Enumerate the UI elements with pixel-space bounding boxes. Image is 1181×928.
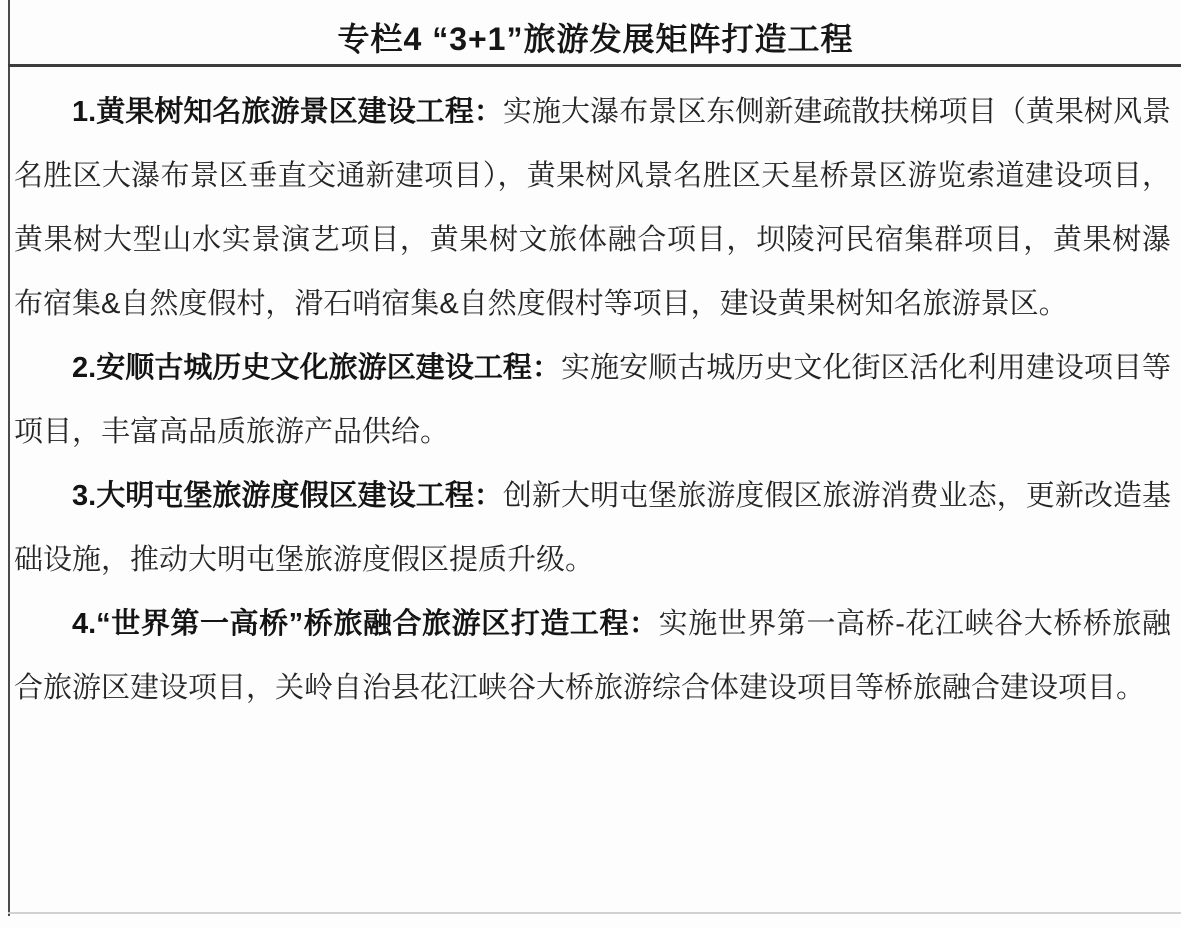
- table-left-border: [8, 0, 10, 916]
- paragraph-2: 2.安顺古城历史文化旅游区建设工程：实施安顺古城历史文化街区活化利用建设项目等项…: [14, 336, 1171, 464]
- paragraph-4: 4.“世界第一高桥”桥旅融合旅游区打造工程：实施世界第一高桥-花江峡谷大桥桥旅融…: [14, 592, 1171, 720]
- paragraph-3: 3.大明屯堡旅游度假区建设工程：创新大明屯堡旅游度假区旅游消费业态，更新改造基础…: [14, 464, 1171, 592]
- paragraph-1-lead: 1.黄果树知名旅游景区建设工程：: [72, 96, 503, 128]
- paragraph-4-lead: 4.“世界第一高桥”桥旅融合旅游区打造工程：: [72, 608, 659, 640]
- bottom-divider: [8, 912, 1181, 914]
- title-divider: [8, 64, 1181, 67]
- document-page: 专栏4 “3+1”旅游发展矩阵打造工程 1.黄果树知名旅游景区建设工程：实施大瀑…: [0, 0, 1181, 928]
- paragraph-1-text: 实施大瀑布景区东侧新建疏散扶梯项目（黄果树风景名胜区大瀑布景区垂直交通新建项目）…: [14, 96, 1171, 320]
- paragraph-2-lead: 2.安顺古城历史文化旅游区建设工程：: [72, 352, 561, 384]
- box-body: 1.黄果树知名旅游景区建设工程：实施大瀑布景区东侧新建疏散扶梯项目（黄果树风景名…: [14, 80, 1171, 720]
- paragraph-1: 1.黄果树知名旅游景区建设工程：实施大瀑布景区东侧新建疏散扶梯项目（黄果树风景名…: [14, 80, 1171, 336]
- box-title: 专栏4 “3+1”旅游发展矩阵打造工程: [10, 14, 1181, 60]
- paragraph-3-lead: 3.大明屯堡旅游度假区建设工程：: [72, 480, 503, 512]
